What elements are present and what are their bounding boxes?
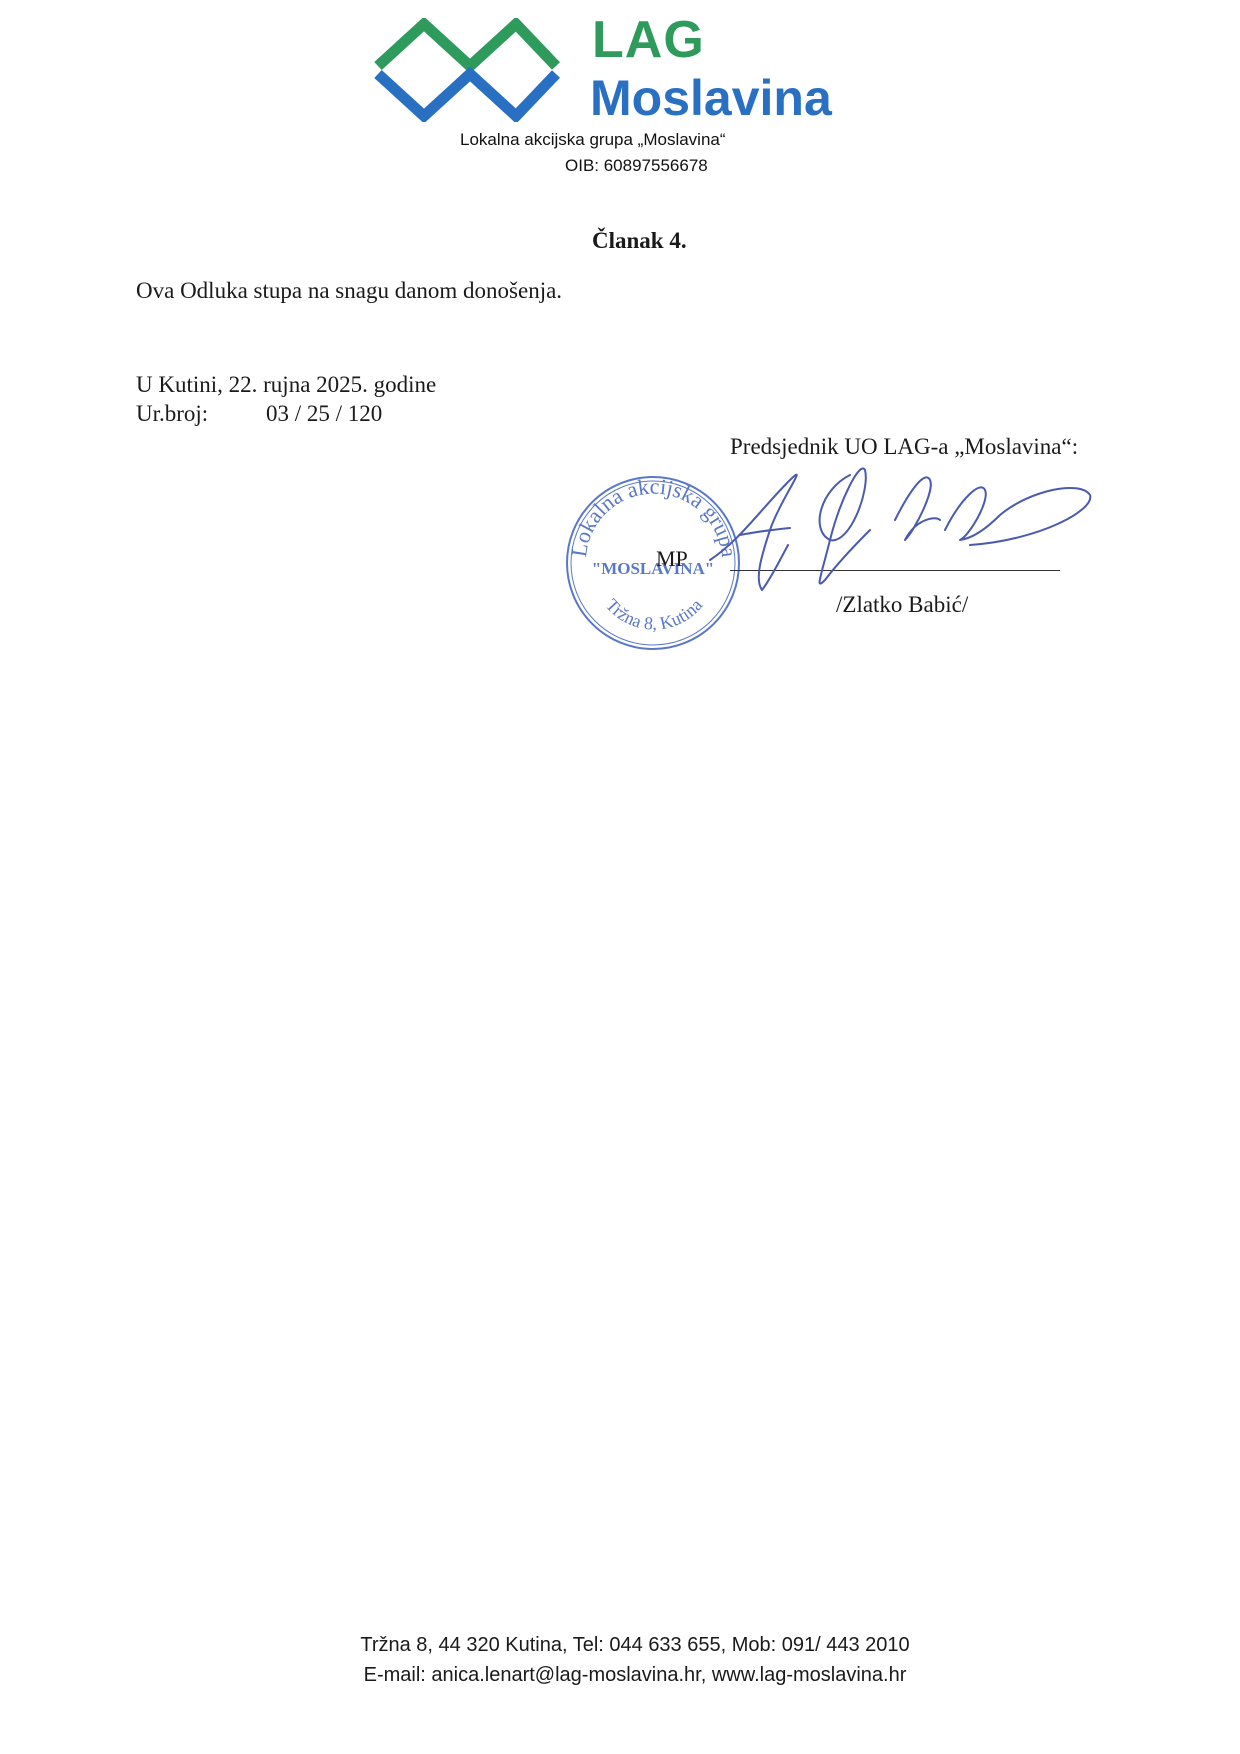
logo-text-lag: LAG bbox=[592, 14, 705, 66]
svg-text:"MOSLAVINA": "MOSLAVINA" bbox=[592, 559, 714, 578]
reference-number-label: Ur.broj: bbox=[136, 401, 208, 427]
logo-text-moslavina: Moslavina bbox=[590, 72, 832, 124]
article-paragraph: Ova Odluka stupa na snagu danom donošenj… bbox=[136, 278, 562, 304]
signer-title: Predsjednik UO LAG-a „Moslavina“: bbox=[730, 434, 1078, 460]
footer-address-contact: Tržna 8, 44 320 Kutina, Tel: 044 633 655… bbox=[0, 1634, 1240, 1657]
mp-label: MP bbox=[656, 546, 688, 572]
organization-oib: OIB: 60897556678 bbox=[565, 156, 708, 176]
place-and-date: U Kutini, 22. rujna 2025. godine bbox=[136, 372, 436, 398]
footer-email-website: E-mail: anica.lenart@lag-moslavina.hr, w… bbox=[0, 1664, 1240, 1687]
lag-logo-mark-icon bbox=[374, 18, 560, 122]
svg-text:Tržna 8, Kutina: Tržna 8, Kutina bbox=[602, 595, 706, 634]
article-heading: Članak 4. bbox=[592, 228, 687, 254]
signer-name: /Zlatko Babić/ bbox=[836, 592, 968, 618]
reference-number-value: 03 / 25 / 120 bbox=[266, 401, 382, 427]
organization-name: Lokalna akcijska grupa „Moslavina“ bbox=[460, 130, 726, 150]
handwritten-signature-icon bbox=[700, 460, 1100, 600]
